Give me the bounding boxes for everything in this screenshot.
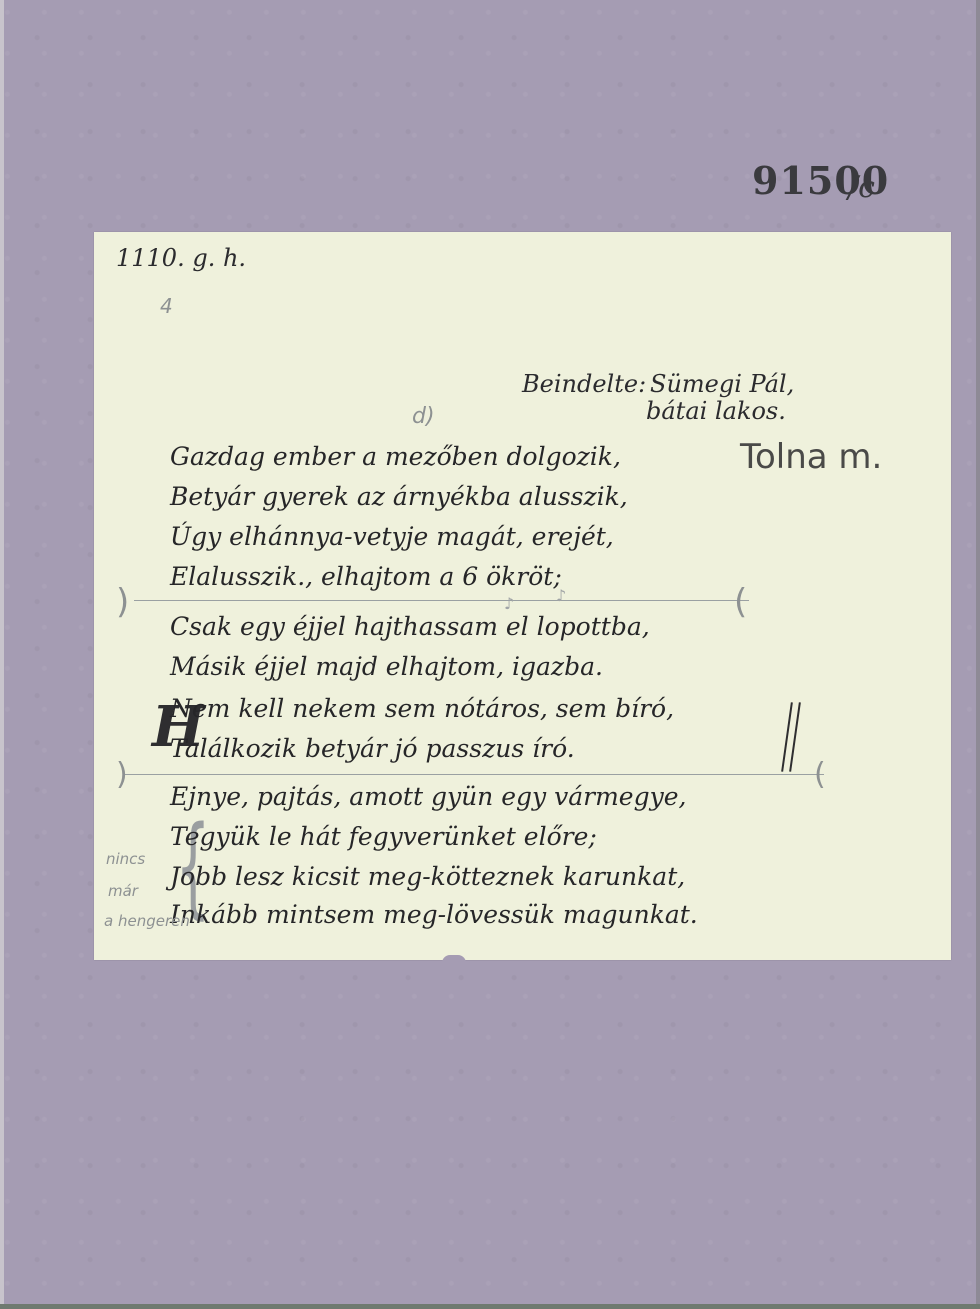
verse-line: Találkozik betyár jó passzus író. xyxy=(170,734,575,763)
verse-line: Tegyük le hát fegyverünket előre; xyxy=(170,822,597,851)
verse-line: Betyár gyerek az árnyékba alusszik, xyxy=(170,482,628,511)
verse-line: Elalusszik., elhajtom a 6 ökröt; xyxy=(170,562,562,591)
manuscript-sheet: 1110. g. h. 4 Beindelte: Sümegi Pál, bát… xyxy=(94,232,951,960)
margin-note: a hengeren xyxy=(104,912,190,930)
variant-letter: d) xyxy=(412,404,435,429)
paper-tear xyxy=(442,955,466,963)
verse-line: Inkább mintsem meg-lövessük magunkat. xyxy=(170,900,698,929)
verse-line: Nem kell nekem sem nótáros, sem bíró, xyxy=(170,694,674,723)
archive-number-suffix: /c xyxy=(848,170,875,205)
county-annotation: Tolna m. xyxy=(740,437,882,477)
margin-note: nincs xyxy=(106,850,145,868)
margin-note: már xyxy=(108,882,138,900)
music-note-icon: ♪ xyxy=(504,594,514,613)
bracket-mark: ( xyxy=(734,582,747,622)
verse-line: Ejnye, pajtás, amott gyün egy vármegye, xyxy=(170,782,686,811)
verse-line: Másik éjjel majd elhajtom, igazba. xyxy=(170,652,603,681)
board-edge xyxy=(976,0,980,1309)
verse-line: Úgy elhánnya-vetyje magát, erejét, xyxy=(170,522,614,551)
verse-line: Jobb lesz kicsit meg-kötteznek karunkat, xyxy=(170,862,685,891)
verse-line: Gazdag ember a mezőben dolgozik, xyxy=(170,442,621,471)
board-edge xyxy=(0,0,4,1309)
music-note-icon: ♪ xyxy=(556,586,566,605)
bracket-mark: ) xyxy=(116,582,129,622)
section-divider xyxy=(134,600,749,601)
section-divider xyxy=(124,774,824,775)
reference-number: 1110. g. h. xyxy=(116,244,246,272)
informant-name: Sümegi Pál, xyxy=(650,370,794,398)
page-number: 4 xyxy=(160,294,173,318)
bracket-mark: ( xyxy=(814,757,826,792)
bracket-mark: ) xyxy=(116,757,128,792)
repeat-sign xyxy=(782,702,802,772)
board-edge xyxy=(0,1304,980,1309)
informant-label: Beindelte: xyxy=(522,370,646,398)
informant-place: bátai lakos. xyxy=(646,397,786,425)
verse-line: Csak egy éjjel hajthassam el lopottba, xyxy=(170,612,650,641)
